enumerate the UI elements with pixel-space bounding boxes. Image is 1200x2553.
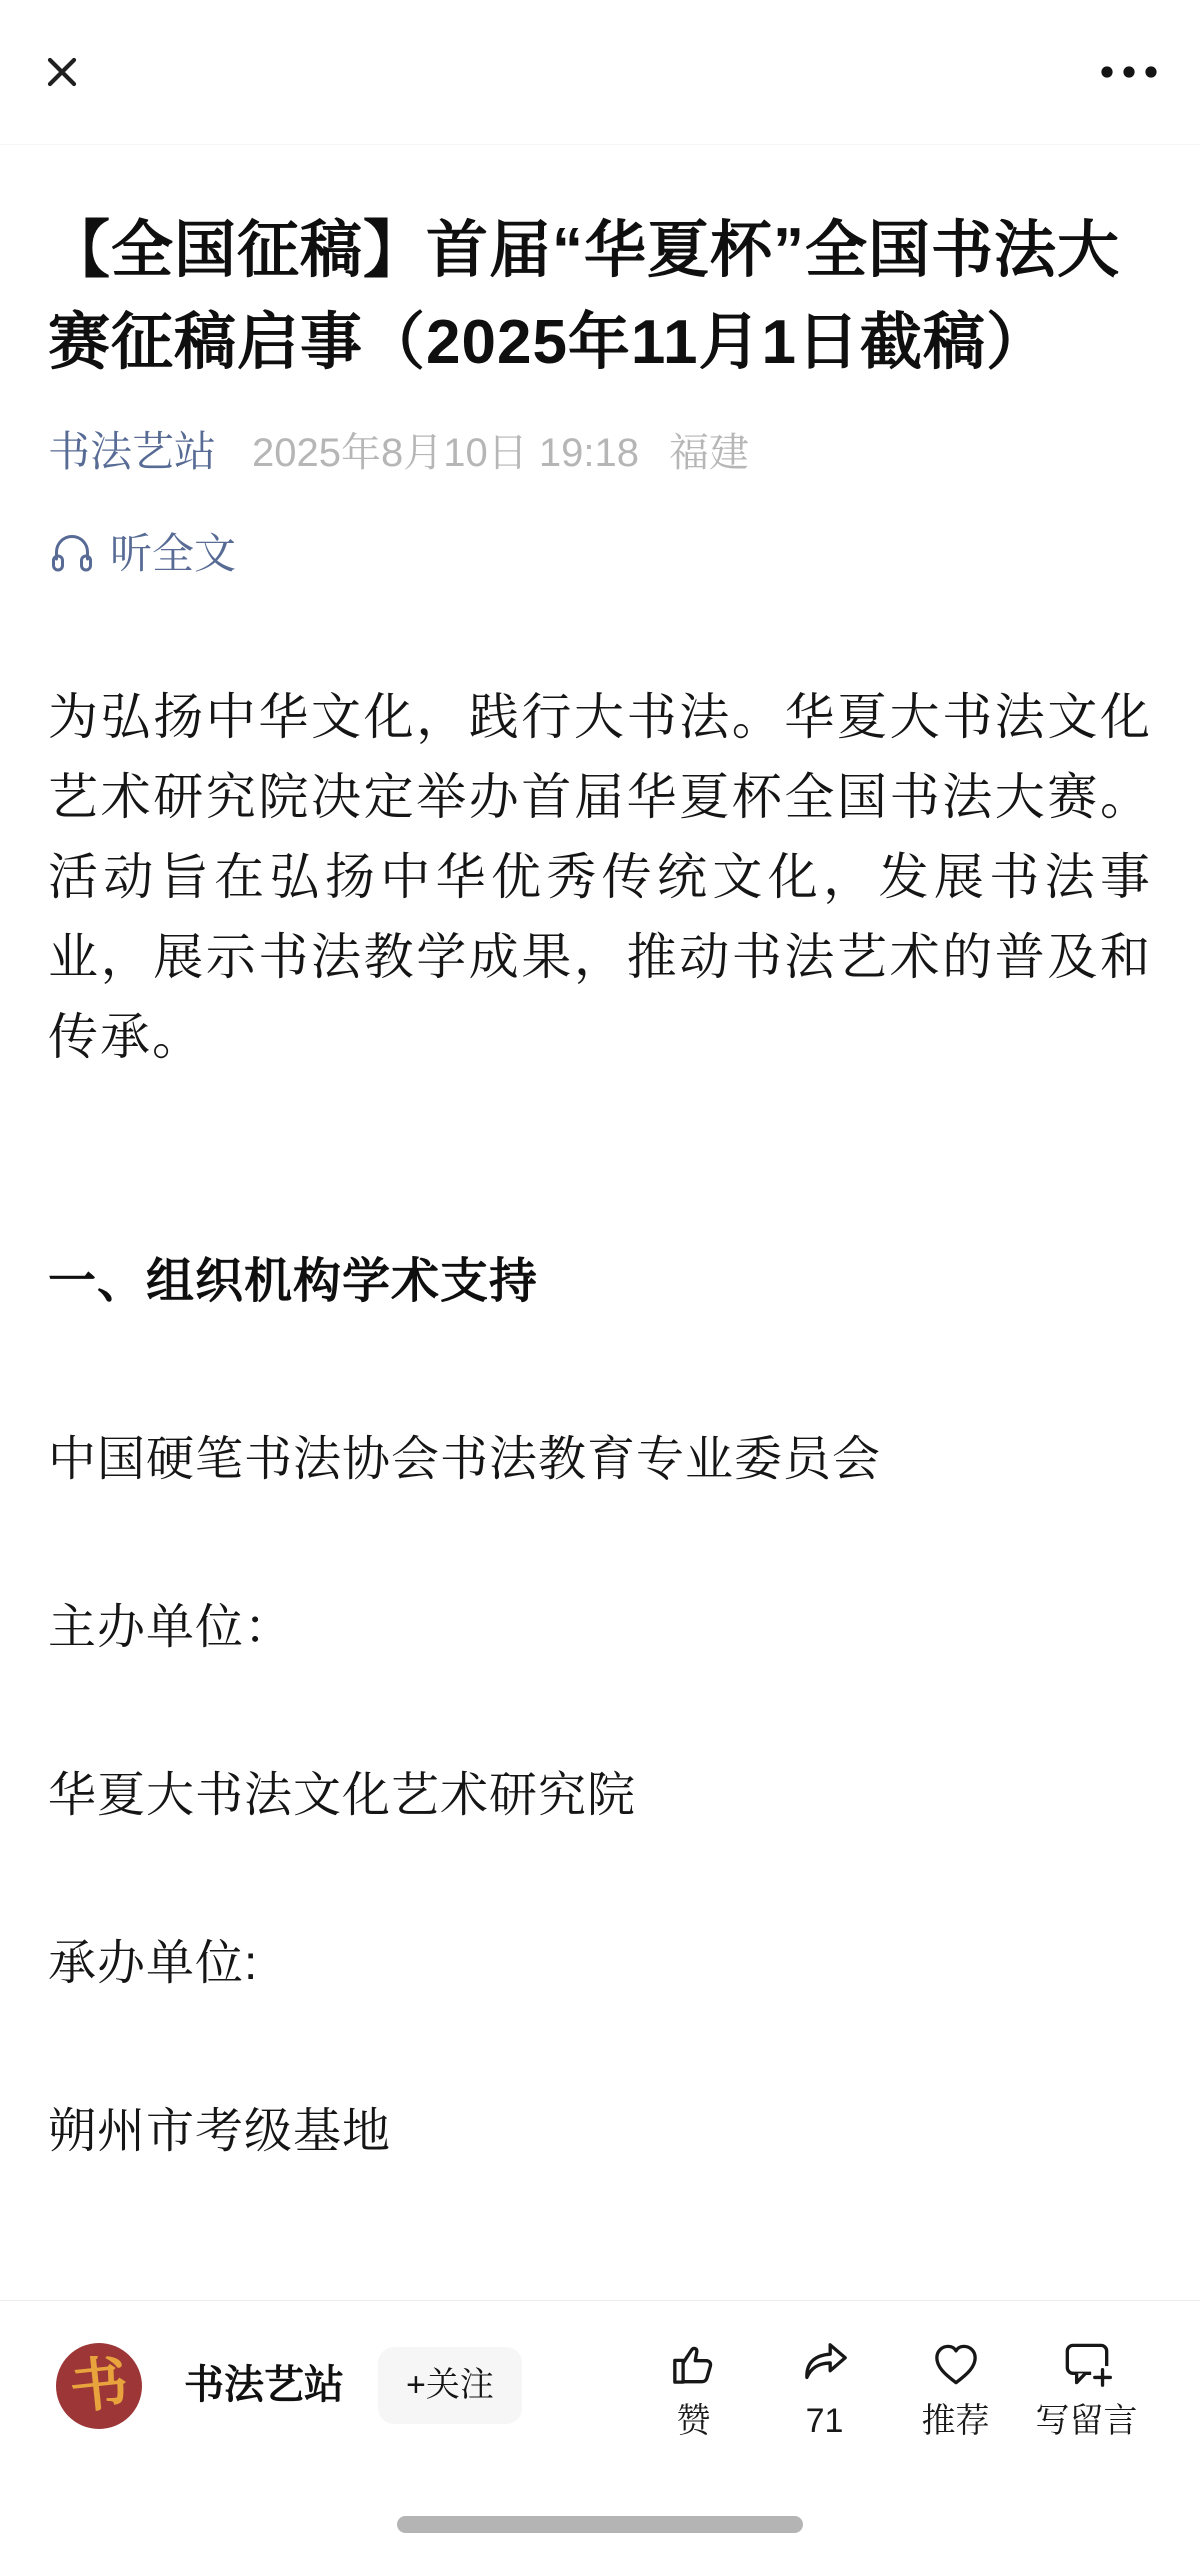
headphones-icon [48, 527, 96, 575]
author-link[interactable]: 书法艺站 [48, 419, 216, 479]
more-options-button[interactable] [1096, 62, 1162, 82]
wechat-article-screen: 【全国征稿】首届“华夏杯”全国书法大赛征稿启事（2025年11月1日截稿） 书法… [0, 0, 1200, 2553]
like-button[interactable]: 赞 [628, 2335, 759, 2442]
share-arrow-icon [796, 2335, 854, 2393]
comment-button[interactable]: 写留言 [1021, 2335, 1152, 2442]
org-line: 主办单位： [48, 1593, 1152, 1663]
like-label: 赞 [677, 2401, 711, 2442]
recommend-button[interactable]: 推荐 [890, 2335, 1021, 2442]
article-meta: 书法艺站 2025年8月10日 19:18 福建 [48, 419, 1152, 479]
follow-button[interactable]: +关注 [378, 2347, 522, 2424]
publish-date: 2025年8月10日 19:18 [252, 421, 639, 478]
org-line: 华夏大书法文化艺术研究院 [48, 1761, 1152, 1831]
section-heading: 一、组织机构学术支持 [48, 1247, 1152, 1317]
more-options-icon [1096, 62, 1162, 82]
avatar-calligraphy-glyph: 书 [67, 2354, 131, 2418]
bottom-action-bar: 书 书法艺站 +关注 赞 [0, 2300, 1200, 2553]
close-button[interactable] [38, 48, 86, 96]
article-title: 【全国征稿】首届“华夏杯”全国书法大赛征稿启事（2025年11月1日截稿） [48, 205, 1152, 389]
listen-full-text-button[interactable]: 听全文 [48, 521, 236, 581]
org-line: 朔州市考级基地 [48, 2097, 1152, 2167]
org-line: 承办单位: [48, 1929, 1152, 1999]
close-icon [38, 48, 86, 96]
share-button[interactable]: 71 [759, 2335, 890, 2442]
comment-plus-icon [1058, 2335, 1116, 2393]
share-count: 71 [806, 2401, 844, 2442]
bottom-bar-row: 书 书法艺站 +关注 赞 [0, 2301, 1200, 2442]
comment-label: 写留言 [1036, 2401, 1138, 2442]
recommend-label: 推荐 [922, 2401, 990, 2442]
account-name[interactable]: 书法艺站 [184, 2335, 344, 2435]
action-group: 赞 71 推荐 [628, 2335, 1152, 2442]
intro-paragraph: 为弘扬中华文化，践行大书法。华夏大书法文化艺术研究院决定举办首届华夏杯全国书法大… [48, 677, 1152, 1077]
top-bar [0, 0, 1200, 145]
thumb-up-icon [665, 2335, 723, 2393]
publish-location: 福建 [669, 421, 749, 478]
article-content: 【全国征稿】首届“华夏杯”全国书法大赛征稿启事（2025年11月1日截稿） 书法… [0, 205, 1200, 2167]
org-line: 中国硬笔书法协会书法教育专业委员会 [48, 1425, 1152, 1495]
heart-icon [927, 2335, 985, 2393]
account-avatar[interactable]: 书 [56, 2343, 142, 2429]
listen-label: 听全文 [110, 521, 236, 581]
home-indicator[interactable] [397, 2516, 803, 2533]
